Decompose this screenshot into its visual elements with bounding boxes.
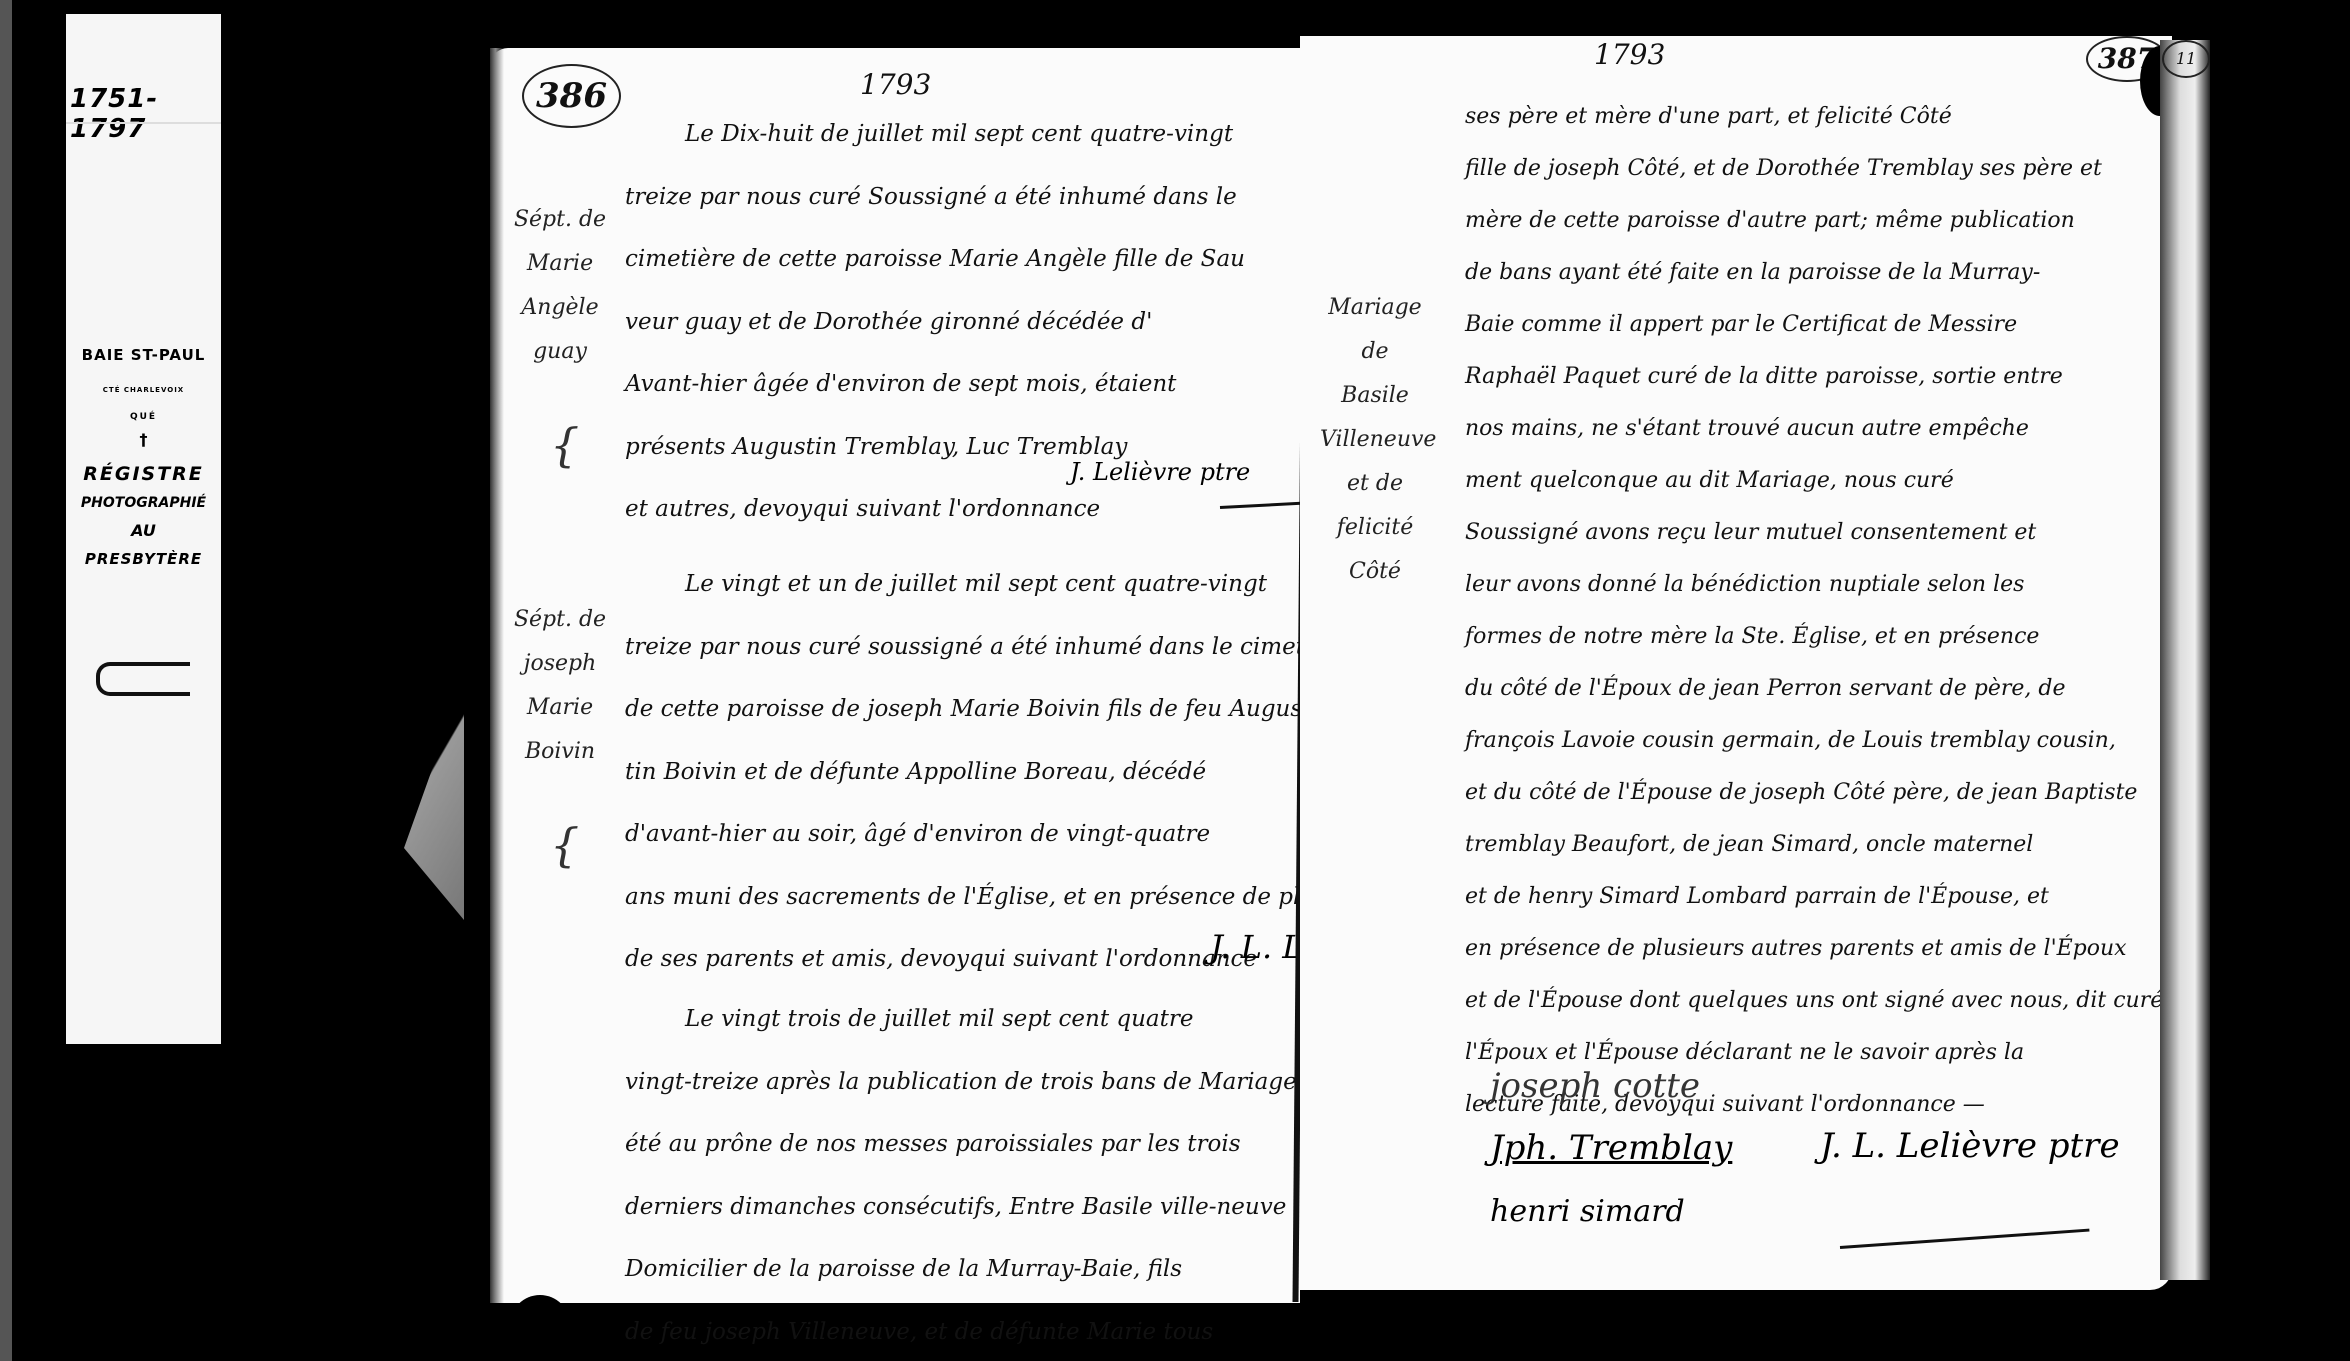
- register-book: 386 1793 Sépt. de Marie Angèle guay { Le…: [490, 40, 2190, 1315]
- stamp-province: QUÉ: [66, 412, 221, 422]
- margin-note-burial-2: Sépt. de joseph Marie Boivin: [510, 598, 610, 774]
- entry-line: derniers dimanches consécutifs, Entre Ba…: [625, 1176, 1297, 1239]
- entry-line: tremblay Beaufort, de jean Simard, oncle…: [1465, 819, 2163, 871]
- entry-line: d'avant-hier au soir, âgé d'environ de v…: [625, 803, 1386, 866]
- margin-line: felicité: [1320, 506, 1430, 550]
- entry-line: cimetière de cette paroisse Marie Angèle…: [625, 228, 1245, 291]
- stamp-presbytere: PRESBYTÈRE: [66, 550, 221, 568]
- stamp-photographie: PHOTOGRAPHIÉ: [66, 495, 221, 511]
- brace-mark: {: [550, 818, 579, 872]
- signature-henri-simard: henri simard: [1490, 1194, 1685, 1229]
- signature-joseph-cotte: joseph cotte: [1490, 1066, 1700, 1106]
- margin-note-marriage: Mariage de Basile Villeneuve et de felic…: [1320, 286, 1430, 594]
- entry-line: ses père et mère d'une part, et felicité…: [1465, 91, 2163, 143]
- label-divider: [66, 122, 221, 124]
- entry-line: leur avons donné la bénédiction nuptiale…: [1465, 559, 2163, 611]
- entry-line: Raphaël Paquet curé de la ditte paroisse…: [1465, 351, 2163, 403]
- margin-line: Marie: [510, 686, 610, 730]
- next-page-edge: 11: [2160, 40, 2210, 1280]
- stamp-registre: RÉGISTRE: [66, 463, 221, 485]
- stamp-au: AU: [66, 521, 221, 540]
- paper-clip-icon: [96, 662, 190, 696]
- entry-line: vingt-treize après la publication de tro…: [625, 1051, 1297, 1114]
- archive-label-card: 1751-1797 BAIE ST-PAUL CTÉ CHARLEVOIX QU…: [66, 14, 221, 1044]
- entry-line: treize par nous curé soussigné a été inh…: [625, 616, 1386, 679]
- register-date-range: 1751-1797: [66, 84, 216, 124]
- margin-line: Mariage: [1320, 286, 1430, 330]
- entry-line: ans muni des sacrements de l'Église, et …: [625, 866, 1386, 929]
- entry-line: de feu joseph Villeneuve, et de défunte …: [625, 1301, 1297, 1361]
- entry-line: fille de joseph Côté, et de Dorothée Tre…: [1465, 143, 2163, 195]
- year-heading-left: 1793: [860, 68, 931, 101]
- torn-page-corner: [404, 680, 464, 920]
- entry-line: Le vingt et un de juillet mil sept cent …: [625, 553, 1386, 616]
- left-page: 386 1793 Sépt. de Marie Angèle guay { Le…: [490, 48, 1300, 1303]
- year-heading-right: 1793: [1594, 38, 1665, 71]
- entry-line: françois Lavoie cousin germain, de Louis…: [1465, 715, 2163, 767]
- margin-line: Sépt. de: [510, 198, 610, 242]
- signature-priest-3: J. L. Lelièvre ptre: [1820, 1126, 2120, 1166]
- entry-line: mère de cette paroisse d'autre part; mêm…: [1465, 195, 2163, 247]
- stamp-county: CTÉ CHARLEVOIX: [66, 386, 221, 394]
- margin-line: guay: [510, 330, 610, 374]
- margin-line: joseph: [510, 642, 610, 686]
- margin-line: et de: [1320, 462, 1430, 506]
- margin-line: Côté: [1320, 550, 1430, 594]
- entry-line: tin Boivin et de défunte Appolline Borea…: [625, 741, 1386, 804]
- signature-flourish: [1840, 1229, 2090, 1249]
- margin-line: de: [1320, 330, 1430, 374]
- entry-line: Le Dix-huit de juillet mil sept cent qua…: [625, 103, 1245, 166]
- entry-line: ment quelconque au dit Mariage, nous cur…: [1465, 455, 2163, 507]
- entry-line: du côté de l'Époux de jean Perron servan…: [1465, 663, 2163, 715]
- entry-line: en présence de plusieurs autres parents …: [1465, 923, 2163, 975]
- margin-line: Villeneuve: [1320, 418, 1430, 462]
- entry-line: et du côté de l'Épouse de joseph Côté pè…: [1465, 767, 2163, 819]
- signature-tremblay: Jph. Tremblay: [1490, 1128, 1732, 1168]
- entry-line: Le vingt trois de juillet mil sept cent …: [625, 988, 1297, 1051]
- entry-line: et de l'Épouse dont quelques uns ont sig…: [1465, 975, 2163, 1027]
- entry-line: de cette paroisse de joseph Marie Boivin…: [625, 678, 1386, 741]
- signature-priest-1: J. Lelièvre ptre: [1070, 458, 1250, 486]
- ink-blot: [510, 1295, 570, 1355]
- entry-marriage-start: Le vingt trois de juillet mil sept cent …: [625, 988, 1297, 1361]
- cross-icon: †: [66, 430, 221, 449]
- entry-line: de bans ayant été faite en la paroisse d…: [1465, 247, 2163, 299]
- margin-line: Marie: [510, 242, 610, 286]
- folio-number-left: 386: [522, 64, 621, 128]
- entry-line: et de henry Simard Lombard parrain de l'…: [1465, 871, 2163, 923]
- entry-marriage-continued: ses père et mère d'une part, et felicité…: [1465, 91, 2163, 1131]
- entry-line: formes de notre mère la Ste. Église, et …: [1465, 611, 2163, 663]
- folio-number-edge: 11: [2162, 40, 2210, 78]
- right-page: 1793 387 Mariage de Basile Villeneuve et…: [1300, 36, 2172, 1290]
- margin-line: Boivin: [510, 730, 610, 774]
- archive-stamp: BAIE ST-PAUL CTÉ CHARLEVOIX QUÉ † RÉGIST…: [66, 346, 221, 568]
- margin-line: Basile: [1320, 374, 1430, 418]
- entry-line: et autres, devoyqui suivant l'ordonnance: [625, 478, 1245, 541]
- entry-line: Domicilier de la paroisse de la Murray-B…: [625, 1238, 1297, 1301]
- entry-line: nos mains, ne s'étant trouvé aucun autre…: [1465, 403, 2163, 455]
- entry-line: veur guay et de Dorothée gironné décédée…: [625, 291, 1245, 354]
- brace-mark: {: [550, 418, 579, 472]
- entry-line: Baie comme il appert par le Certificat d…: [1465, 299, 2163, 351]
- entry-line: treize par nous curé Soussigné a été inh…: [625, 166, 1245, 229]
- margin-line: Angèle: [510, 286, 610, 330]
- entry-burial-2: Le vingt et un de juillet mil sept cent …: [625, 553, 1386, 991]
- entry-line: Avant-hier âgée d'environ de sept mois, …: [625, 353, 1245, 416]
- film-edge: [0, 0, 12, 1361]
- entry-line: été au prône de nos messes paroissiales …: [625, 1113, 1297, 1176]
- stamp-parish: BAIE ST-PAUL: [66, 346, 221, 364]
- margin-line: Sépt. de: [510, 598, 610, 642]
- entry-line: Soussigné avons reçu leur mutuel consent…: [1465, 507, 2163, 559]
- margin-note-burial-1: Sépt. de Marie Angèle guay: [510, 198, 610, 374]
